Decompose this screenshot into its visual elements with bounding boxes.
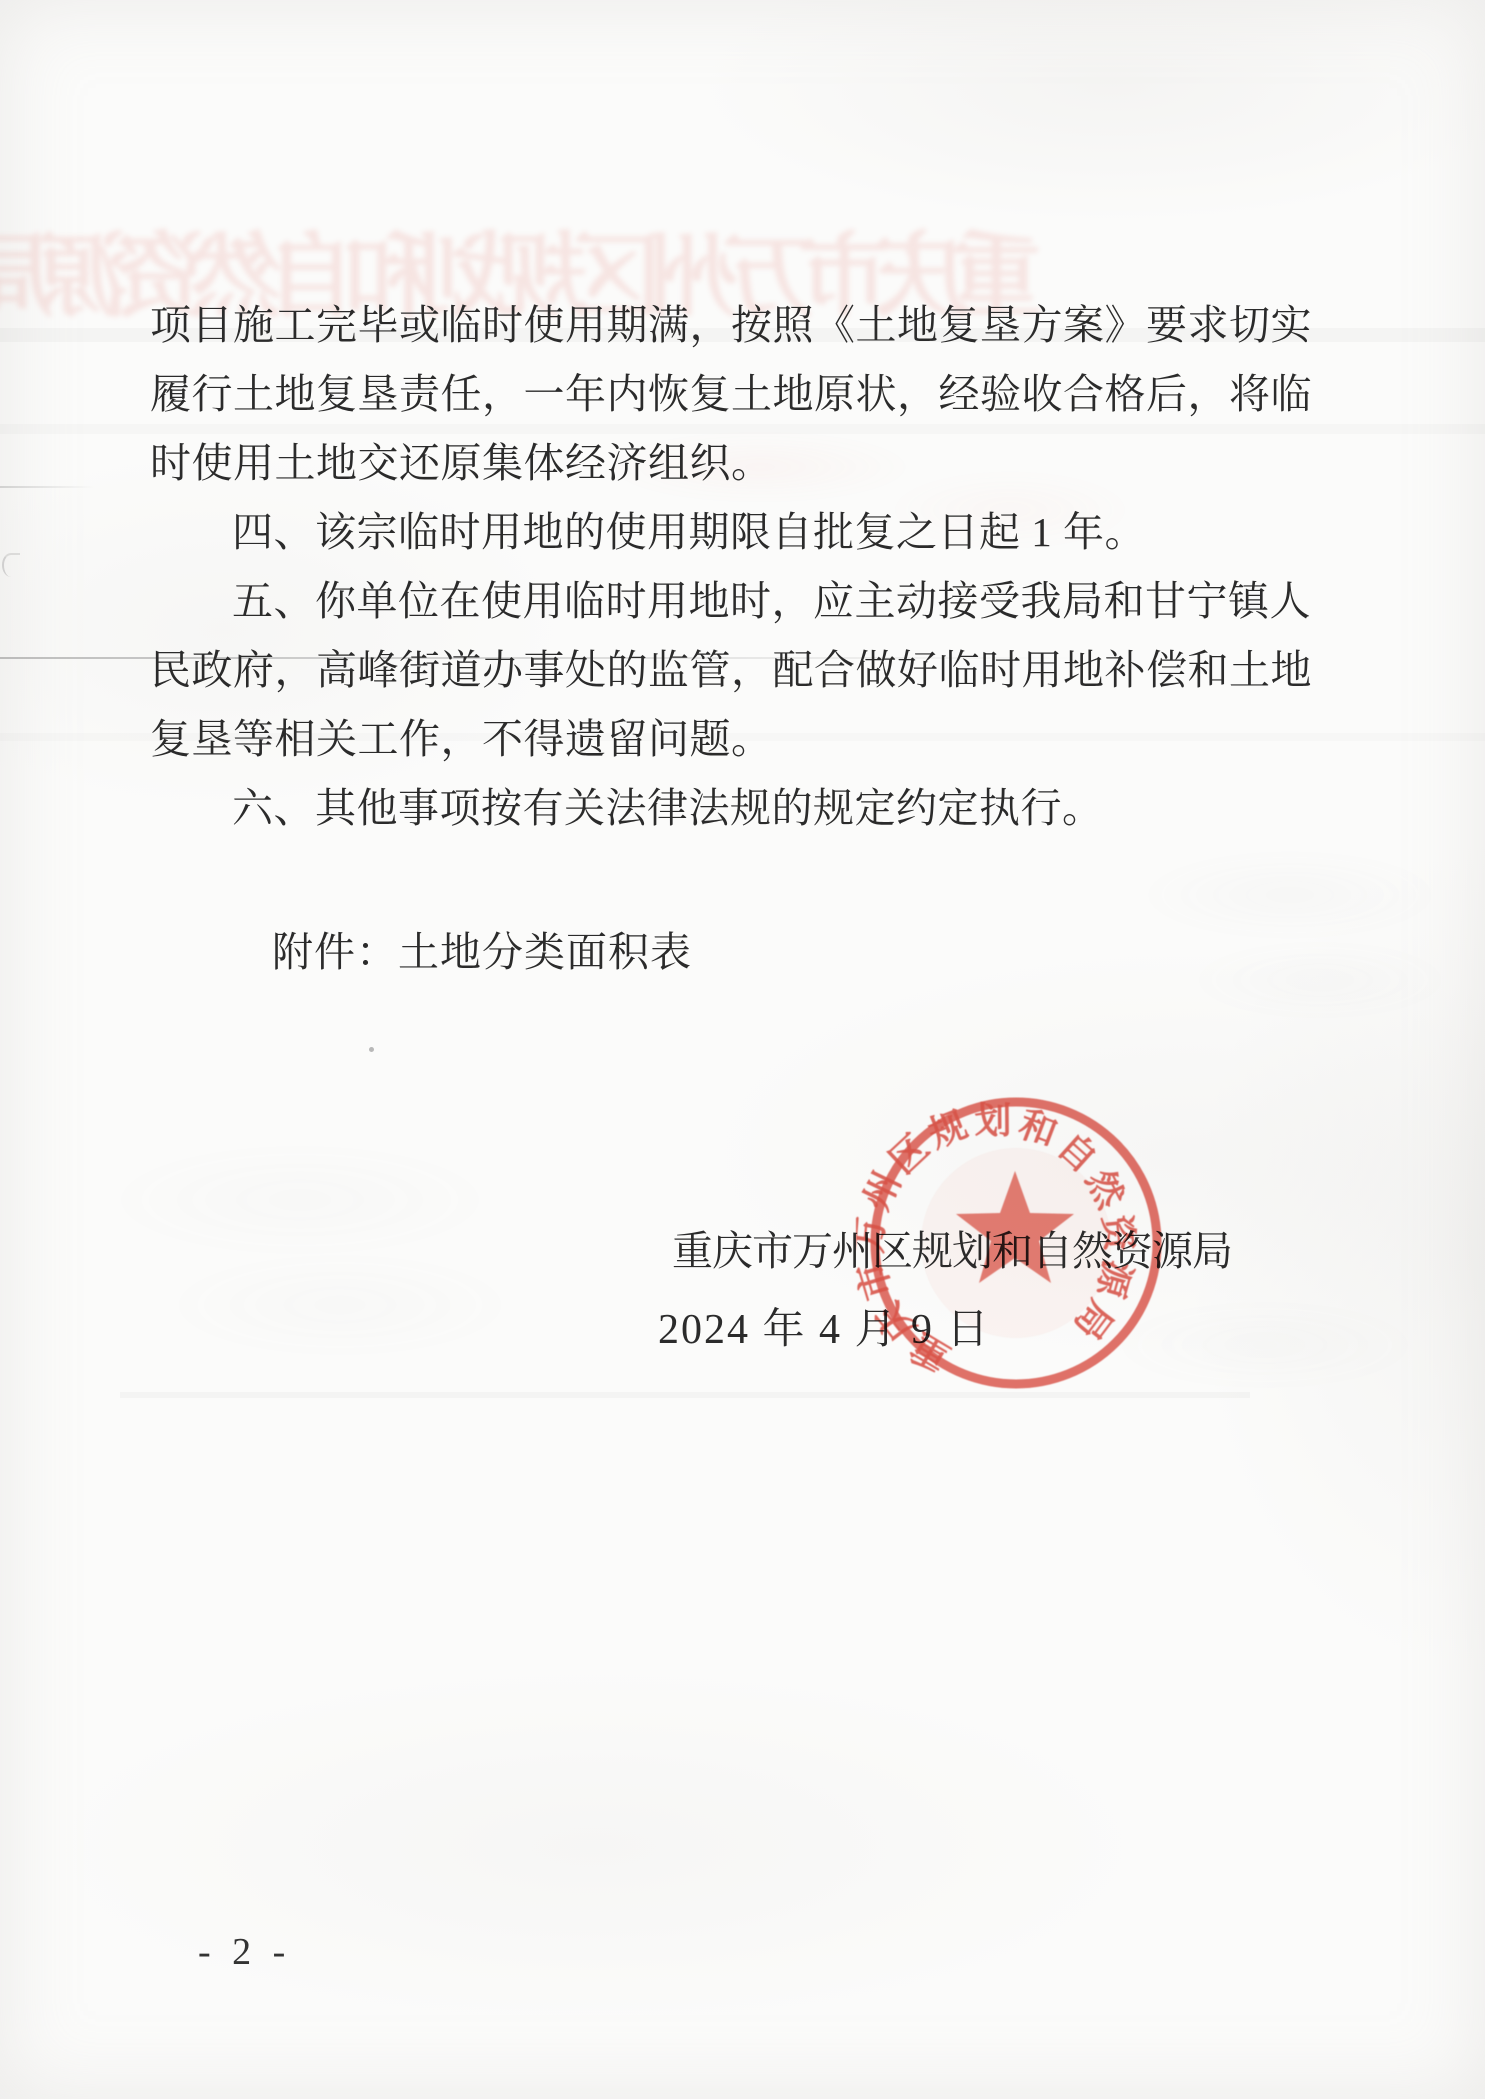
bleedthrough-smudge <box>1130 850 1450 940</box>
scan-crease-line <box>0 486 95 488</box>
body-line: 项目施工完毕或临时使用期满，按照《土地复垦方案》要求切实 <box>150 292 1312 351</box>
body-line: 履行土地复垦责任，一年内恢复土地原状，经验收合格后，将临 <box>150 361 1312 420</box>
scan-artifact-mark <box>2 553 20 577</box>
bleedthrough-smudge <box>90 1140 510 1260</box>
official-seal-stamp: 重庆市万州区规划和自然资源局 <box>856 1083 1176 1403</box>
body-line: 时使用土地交还原集体经济组织。 <box>150 430 773 489</box>
body-line: 六、其他事项按有关法律法规的规定约定执行。 <box>232 775 1104 834</box>
ink-speck <box>369 1047 374 1052</box>
body-line: 五、你单位在使用临时用地时，应主动接受我局和甘宁镇人 <box>232 568 1311 627</box>
bleedthrough-smudge <box>1180 940 1460 1020</box>
body-line: 复垦等相关工作，不得遗留问题。 <box>150 706 773 765</box>
body-line: 四、该宗临时用地的使用期限自批复之日起 1 年。 <box>232 499 1146 558</box>
scanned-document-page: 重庆市万州区规划和自然资源局 项目施工完毕或临时使用期满，按照《土地复垦方案》要… <box>0 0 1485 2099</box>
page-number: - 2 - <box>198 1930 291 1974</box>
attachment-line: 附件：土地分类面积表 <box>272 919 692 978</box>
body-line: 民政府，高峰街道办事处的监管，配合做好临时用地补偿和土地 <box>150 637 1312 696</box>
bleedthrough-smudge <box>150 1250 530 1360</box>
